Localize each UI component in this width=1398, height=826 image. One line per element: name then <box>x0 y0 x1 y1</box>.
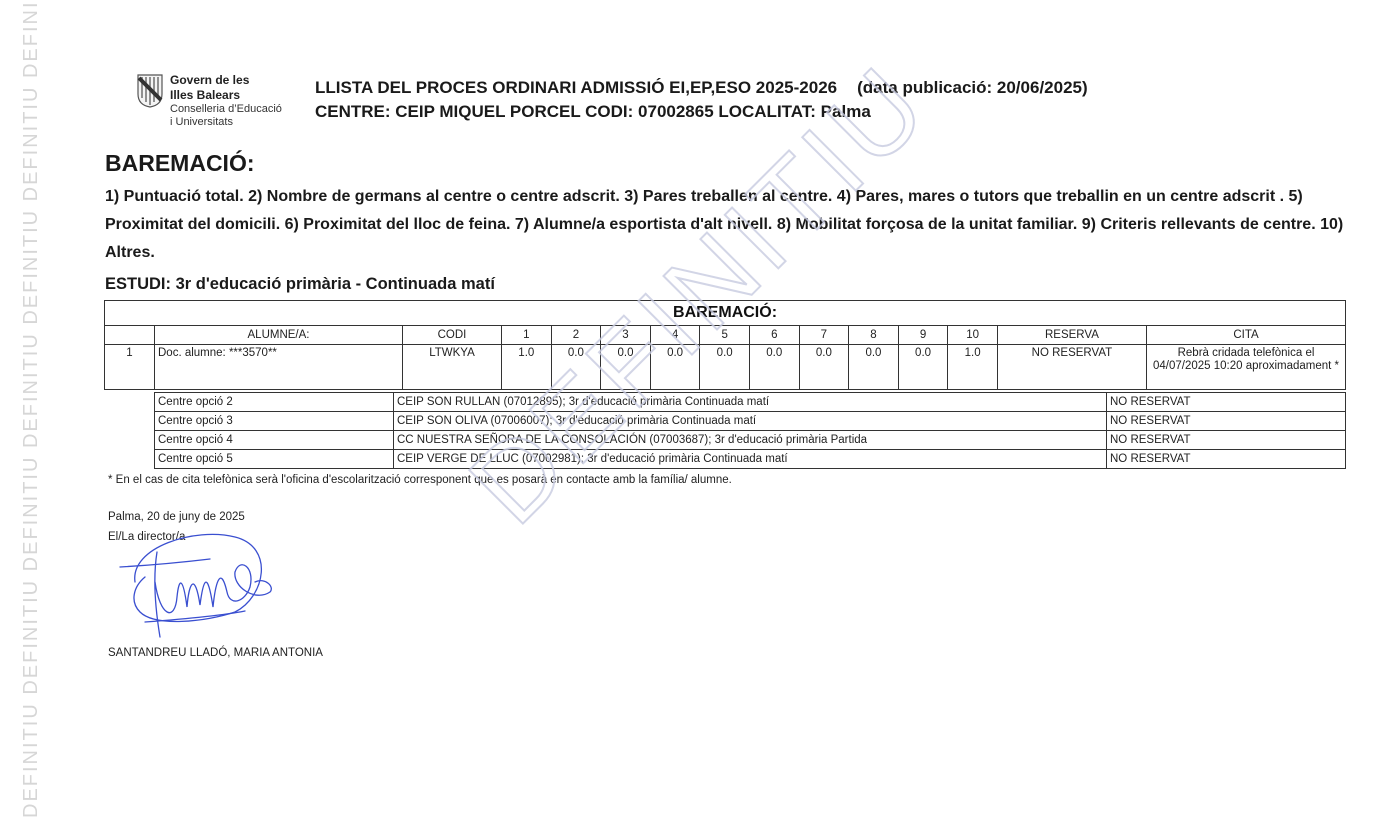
signer-name: SANTANDREU LLADÓ, MARIA ANTONIA <box>108 647 323 659</box>
option-centre: CEIP SON OLIVA (07006007); 3r d'educació… <box>394 412 1107 431</box>
option-reserva: NO RESERVAT <box>1107 431 1346 450</box>
centre-options-table: Centre opció 2 CEIP SON RULLAN (07012895… <box>154 392 1346 469</box>
logo-line-2: Illes Balears <box>170 89 282 101</box>
row-score-2: 0.0 <box>551 345 601 390</box>
document-header: LLISTA DEL PROCES ORDINARI ADMISSIÓ EI,E… <box>315 76 1088 124</box>
row-reserva: NO RESERVAT <box>997 345 1146 390</box>
header-score-8: 8 <box>849 326 899 345</box>
option-row: Centre opció 4 CC NUESTRA SEÑORA DE LA C… <box>155 431 1346 450</box>
option-reserva: NO RESERVAT <box>1107 393 1346 412</box>
footnote: * En el cas de cita telefònica serà l'of… <box>108 474 732 486</box>
option-reserva: NO RESERVAT <box>1107 412 1346 431</box>
row-score-5: 0.0 <box>700 345 750 390</box>
option-label: Centre opció 4 <box>155 431 394 450</box>
header-score-7: 7 <box>799 326 849 345</box>
row-cita: Rebrà cridada telefònica el 04/07/2025 1… <box>1146 345 1345 390</box>
row-alumne: Doc. alumne: ***3570** <box>155 345 403 390</box>
row-score-10: 1.0 <box>948 345 998 390</box>
row-codi: LTWKYA <box>403 345 502 390</box>
header-score-10: 10 <box>948 326 998 345</box>
option-centre: CC NUESTRA SEÑORA DE LA CONSOLACIÓN (070… <box>394 431 1107 450</box>
row-score-3: 0.0 <box>601 345 651 390</box>
estudi-heading: ESTUDI: 3r d'educació primària - Continu… <box>105 275 495 294</box>
header-codi: CODI <box>403 326 502 345</box>
results-table: BAREMACIÓ: ALUMNE/A: CODI 1 2 3 4 5 6 7 … <box>104 300 1346 390</box>
option-row: Centre opció 3 CEIP SON OLIVA (07006007)… <box>155 412 1346 431</box>
centre-info: CENTRE: CEIP MIQUEL PORCEL CODI: 0700286… <box>315 100 1088 124</box>
option-label: Centre opció 5 <box>155 450 394 469</box>
signature-icon <box>115 527 285 642</box>
row-score-1: 1.0 <box>502 345 552 390</box>
coat-of-arms-icon <box>137 74 163 108</box>
table-row: 1 Doc. alumne: ***3570** LTWKYA 1.0 0.0 … <box>105 345 1346 390</box>
header-score-5: 5 <box>700 326 750 345</box>
option-centre: CEIP SON RULLAN (07012895); 3r d'educaci… <box>394 393 1107 412</box>
document-title: LLISTA DEL PROCES ORDINARI ADMISSIÓ EI,E… <box>315 78 837 97</box>
row-score-6: 0.0 <box>749 345 799 390</box>
header-score-9: 9 <box>898 326 948 345</box>
option-label: Centre opció 3 <box>155 412 394 431</box>
row-num: 1 <box>105 345 155 390</box>
header-score-4: 4 <box>650 326 700 345</box>
row-score-8: 0.0 <box>849 345 899 390</box>
header-score-1: 1 <box>502 326 552 345</box>
option-row: Centre opció 5 CEIP VERGE DE LLUC (07002… <box>155 450 1346 469</box>
side-watermark: DEFINITIU DEFINITIU DEFINITIU DEFINITIU … <box>20 0 43 818</box>
publication-date: (data publicació: 20/06/2025) <box>857 78 1088 97</box>
header-reserva: RESERVA <box>997 326 1146 345</box>
baremacio-heading: BAREMACIÓ: <box>105 150 255 177</box>
header-score-2: 2 <box>551 326 601 345</box>
option-centre: CEIP VERGE DE LLUC (07002981); 3r d'educ… <box>394 450 1107 469</box>
baremacio-criteria: 1) Puntuació total. 2) Nombre de germans… <box>105 183 1355 267</box>
govern-logo: Govern de les Illes Balears Conselleria … <box>137 74 282 130</box>
logo-line-3: Conselleria d’Educació <box>170 104 282 115</box>
header-score-3: 3 <box>601 326 651 345</box>
option-reserva: NO RESERVAT <box>1107 450 1346 469</box>
header-score-6: 6 <box>749 326 799 345</box>
header-num <box>105 326 155 345</box>
option-label: Centre opció 2 <box>155 393 394 412</box>
logo-line-4: i Universitats <box>170 117 282 128</box>
header-alumne: ALUMNE/A: <box>155 326 403 345</box>
row-score-7: 0.0 <box>799 345 849 390</box>
header-cita: CITA <box>1146 326 1345 345</box>
row-score-9: 0.0 <box>898 345 948 390</box>
row-score-4: 0.0 <box>650 345 700 390</box>
table-title: BAREMACIÓ: <box>105 301 1346 326</box>
table-header-row: ALUMNE/A: CODI 1 2 3 4 5 6 7 8 9 10 RESE… <box>105 326 1346 345</box>
logo-line-1: Govern de les <box>170 74 282 86</box>
option-row: Centre opció 2 CEIP SON RULLAN (07012895… <box>155 393 1346 412</box>
place-date: Palma, 20 de juny de 2025 <box>108 511 245 523</box>
